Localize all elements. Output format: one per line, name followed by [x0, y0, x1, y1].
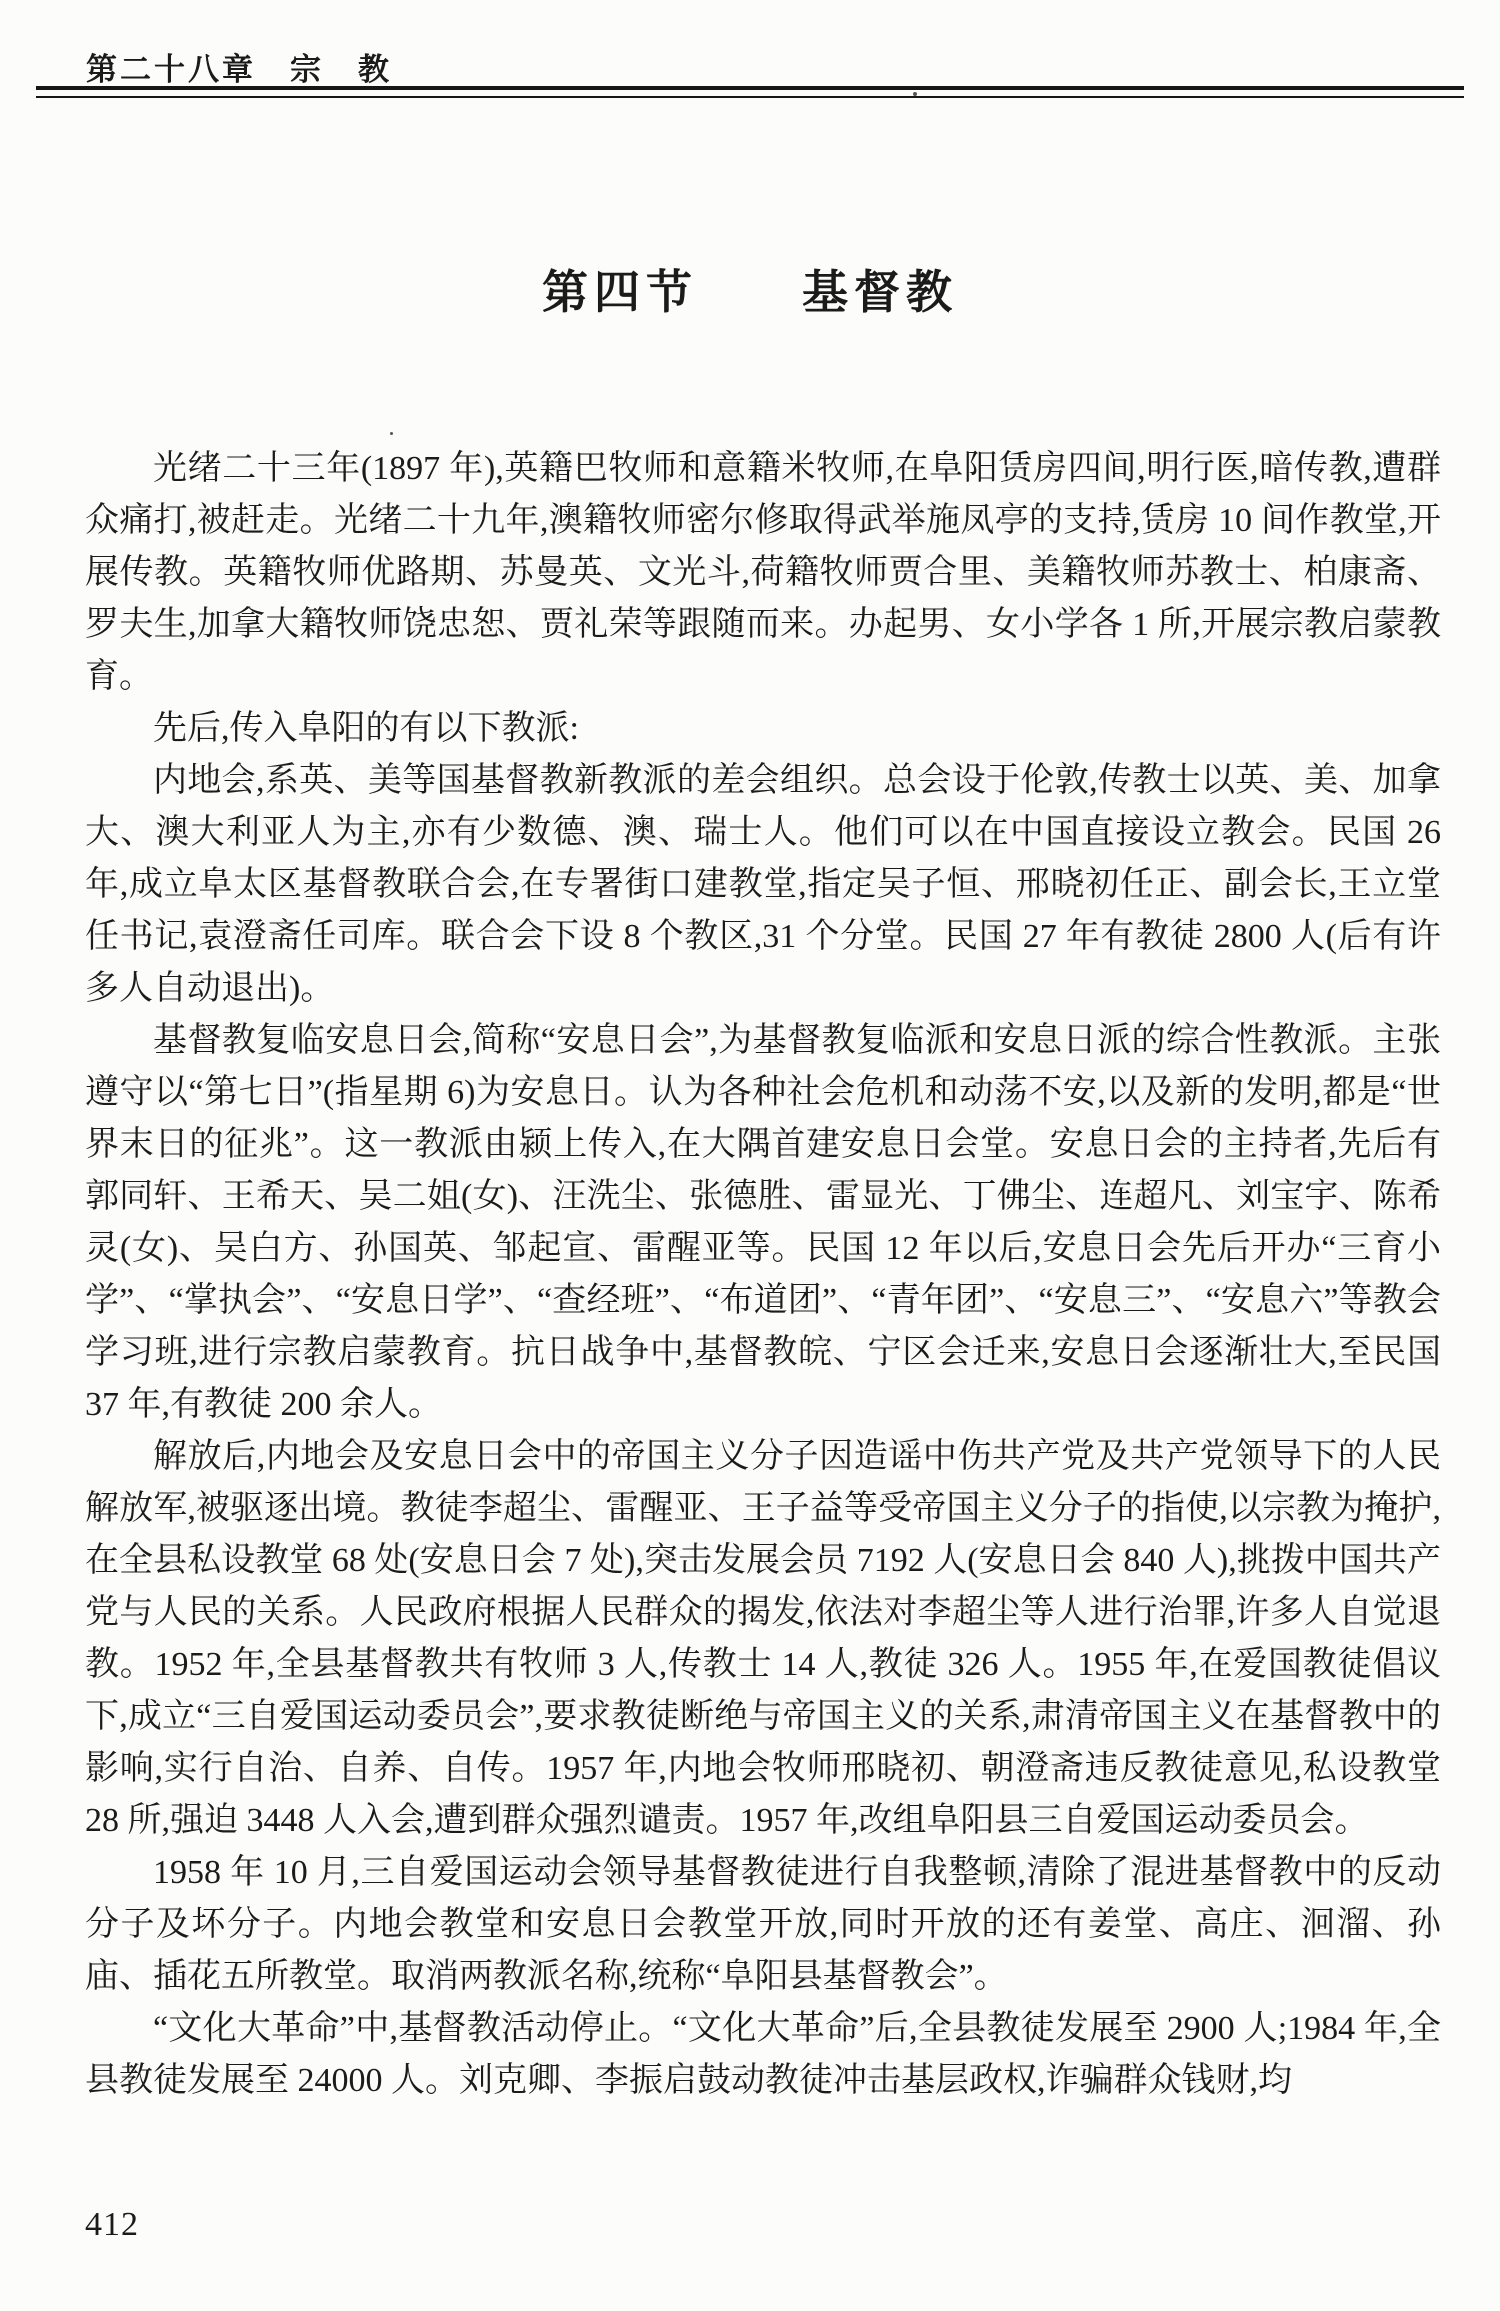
paragraph-history-1897: 光绪二十三年(1897 年),英籍巴牧师和意籍米牧师,在阜阳赁房四间,明行医,暗…	[85, 443, 1441, 703]
scan-speck	[390, 432, 393, 435]
paragraph-china-inland-mission: 内地会,系英、美等国基督教新教派的差会组织。总会设于伦敦,传教士以英、美、加拿大…	[85, 755, 1441, 1015]
paragraph-cultural-revolution: “文化大革命”中,基督教活动停止。“文化大革命”后,全县教徒发展至 2900 人…	[85, 2003, 1441, 2107]
body-text: 光绪二十三年(1897 年),英籍巴牧师和意籍米牧师,在阜阳赁房四间,明行医,暗…	[85, 443, 1441, 2107]
section-title: 第四节 基督教	[0, 256, 1500, 322]
document-page: 第二十八章 宗 教 第四节 基督教 光绪二十三年(1897 年),英籍巴牧师和意…	[0, 0, 1500, 2311]
chapter-heading: 第二十八章 宗 教	[86, 44, 392, 89]
paragraph-after-liberation: 解放后,内地会及安息日会中的帝国主义分子因造谣中伤共产党及共产党领导下的人民解放…	[85, 1431, 1441, 1847]
paragraph-seventh-day-adventist: 基督教复临安息日会,简称“安息日会”,为基督教复临派和安息日派的综合性教派。主张…	[85, 1015, 1441, 1431]
scan-speck	[913, 92, 917, 96]
paragraph-intro-sects: 先后,传入阜阳的有以下教派:	[85, 703, 1441, 755]
header-rule-thin	[36, 96, 1464, 98]
page-number: 412	[85, 2206, 139, 2244]
header-rule-thick	[36, 86, 1464, 90]
paragraph-1958-rectification: 1958 年 10 月,三自爱国运动会领导基督教徒进行自我整顿,清除了混进基督教…	[85, 1847, 1441, 2003]
